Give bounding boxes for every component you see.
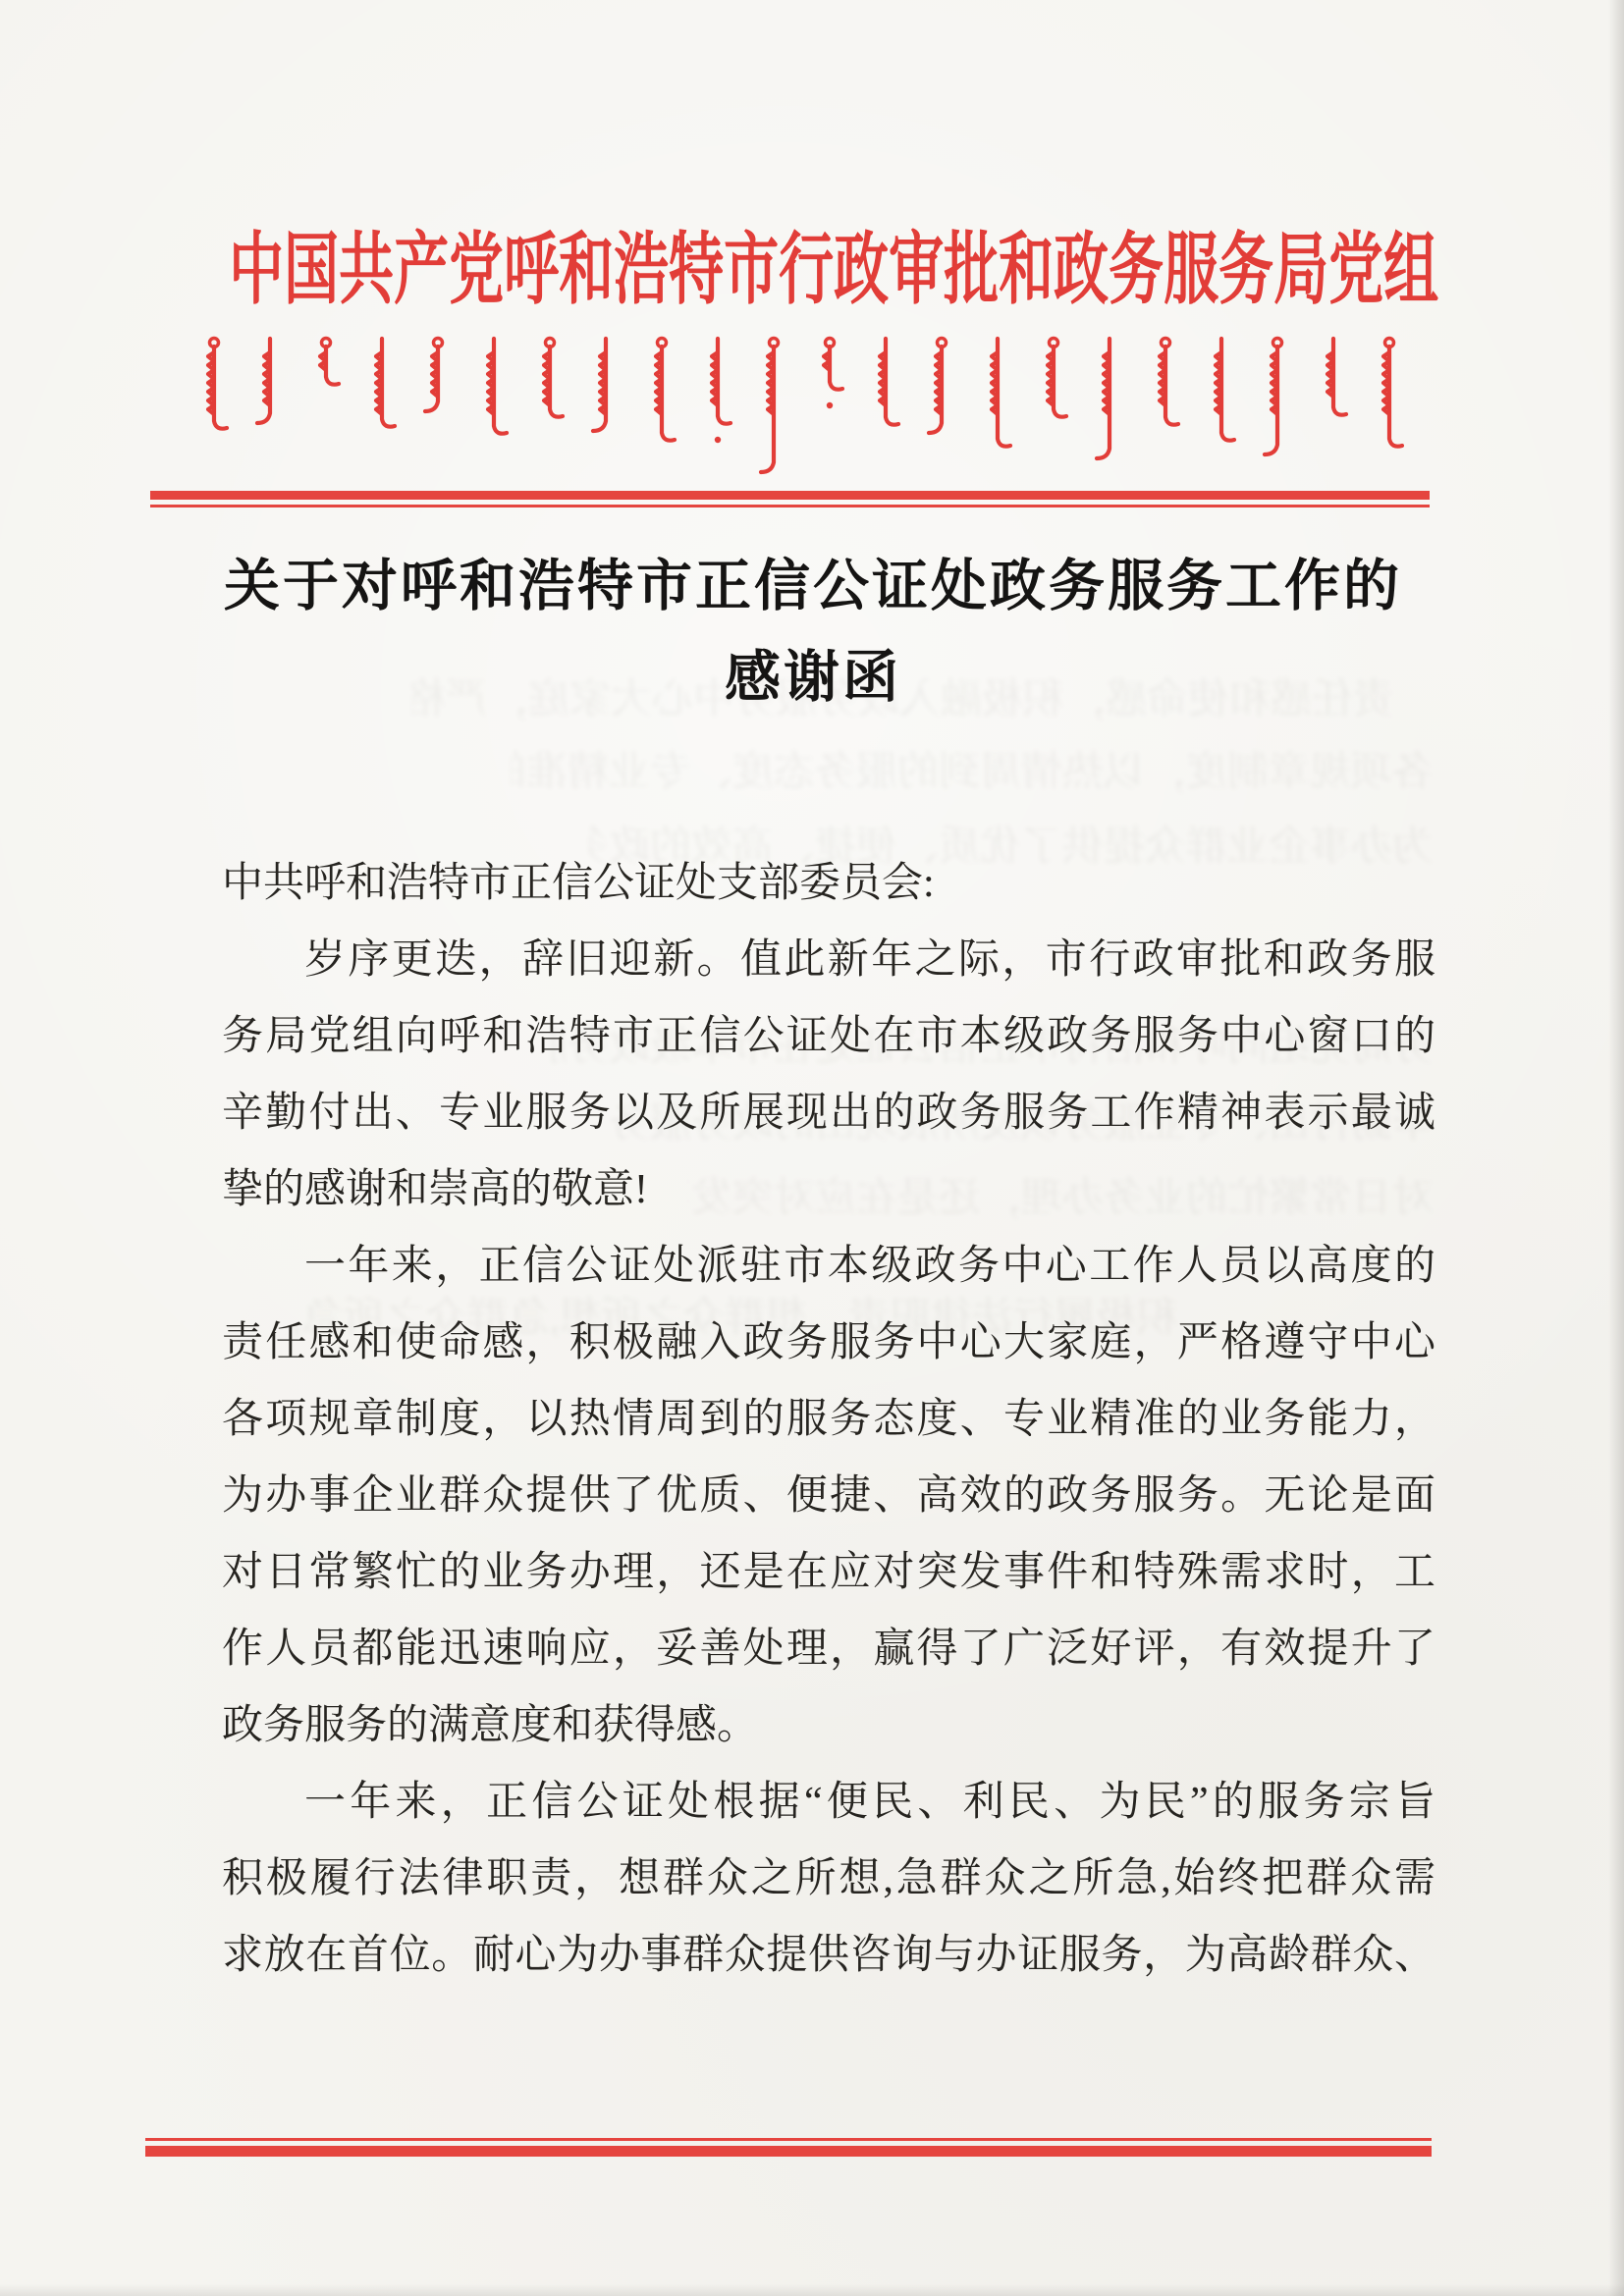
document-title-line-2: 感谢函 [206,632,1420,723]
scan-edge-shadow-right [1608,0,1624,2296]
document-title-line-1: 关于对呼和浩特市正信公证处政务服务工作的 [206,541,1420,632]
body-line: 一年来，正信公证处根据“便民、利民、为民”的服务宗旨 [222,1764,1435,1841]
document-title: 关于对呼和浩特市正信公证处政务服务工作的 感谢函 [206,541,1420,723]
body-line: 各项规章制度，以热情周到的服务态度、专业精准的业务能力， [222,1381,1435,1458]
body-line: 作人员都能迅速响应，妥善处理，赢得了广泛好评，有效提升了 [222,1611,1435,1687]
body-line: 责任感和使命感，积极融入政务服务中心大家庭，严格遵守中心 [222,1305,1435,1381]
body-line: 岁序更迭，辞旧迎新。值此新年之际，市行政审批和政务服 [222,922,1435,998]
scan-edge-shadow-bottom [0,2284,1624,2296]
body-line: 对日常繁忙的业务办理，还是在应对突发事件和特殊需求时，工 [222,1534,1435,1611]
footer-rule-thin [145,2138,1432,2141]
letterhead-rule-thin [150,505,1430,507]
scanned-official-letter: 中国共产党呼和浩特市行政审批和政务服务局党组 关于对呼和浩特市正信公证处政务服务… [0,0,1624,2296]
salutation: 中共呼和浩特市正信公证处支部委员会: [222,845,1435,922]
body-text: 中共呼和浩特市正信公证处支部委员会: 岁序更迭，辞旧迎新。值此新年之际，市行政审… [222,845,1435,1994]
body-line: 积极履行法律职责，想群众之所想,急群众之所急,始终把群众需 [222,1841,1435,1917]
footer-rule-thick [145,2146,1432,2157]
body-line: 一年来，正信公证处派驻市本级政务中心工作人员以高度的 [222,1228,1435,1305]
letterhead-rule-thick [150,491,1430,500]
body-line: 为办事企业群众提供了优质、便捷、高效的政务服务。无论是面 [222,1458,1435,1534]
bleedthrough-artifact: 各项规章制度，以热情周到的服务态度、专业精准的业务能力， [511,748,1434,797]
body-line: 务局党组向呼和浩特市正信公证处在市本级政务服务中心窗口的 [222,998,1435,1075]
body-line: 辛勤付出、专业服务以及所展现出的政务服务工作精神表示最诚 [222,1075,1435,1151]
body-line: 求放在首位。耐心为办事群众提供咨询与办证服务，为高龄群众、 [222,1917,1435,1994]
body-line: 政务服务的满意度和获得感。 [222,1687,1435,1764]
mongolian-script-banner [187,335,1404,497]
party-org-name: 中国共产党呼和浩特市行政审批和政务服务局党组 [229,226,1366,316]
body-line: 挚的感谢和崇高的敬意! [222,1151,1435,1228]
